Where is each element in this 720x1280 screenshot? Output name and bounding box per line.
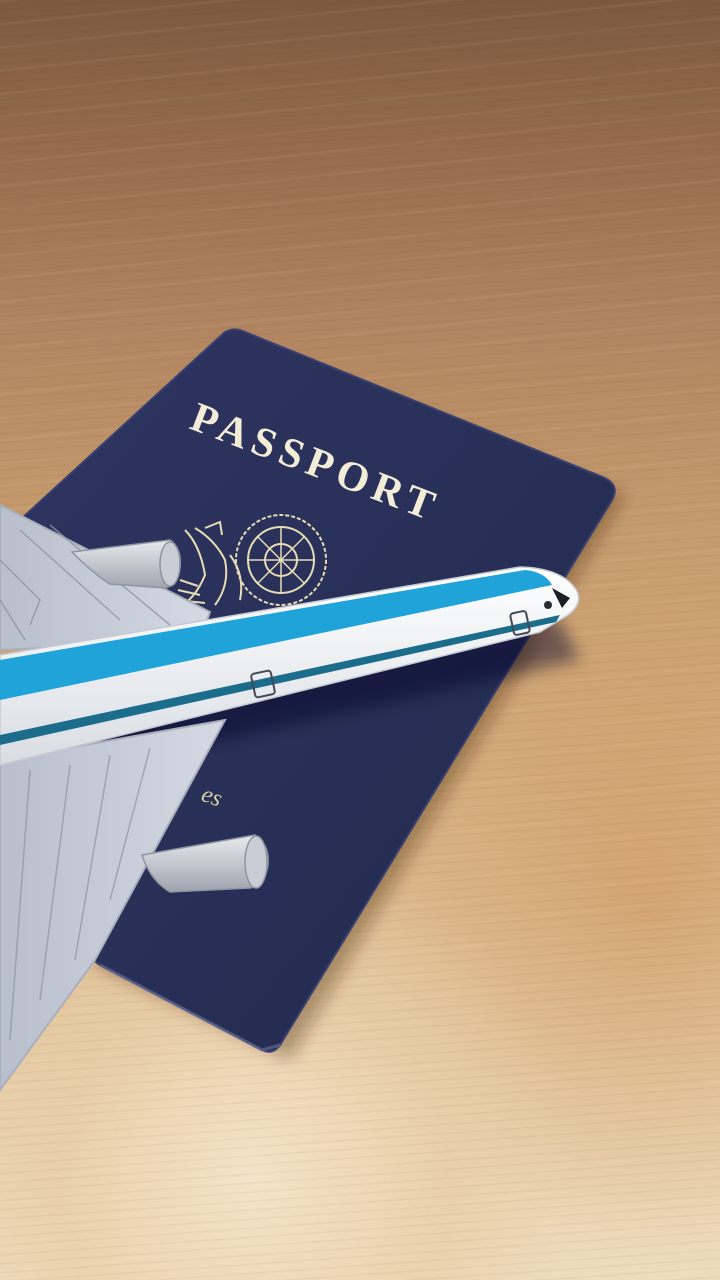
photo-illustration: PASSPORT es — [0, 0, 720, 1280]
photo-scene: PASSPORT es — [0, 0, 720, 1280]
